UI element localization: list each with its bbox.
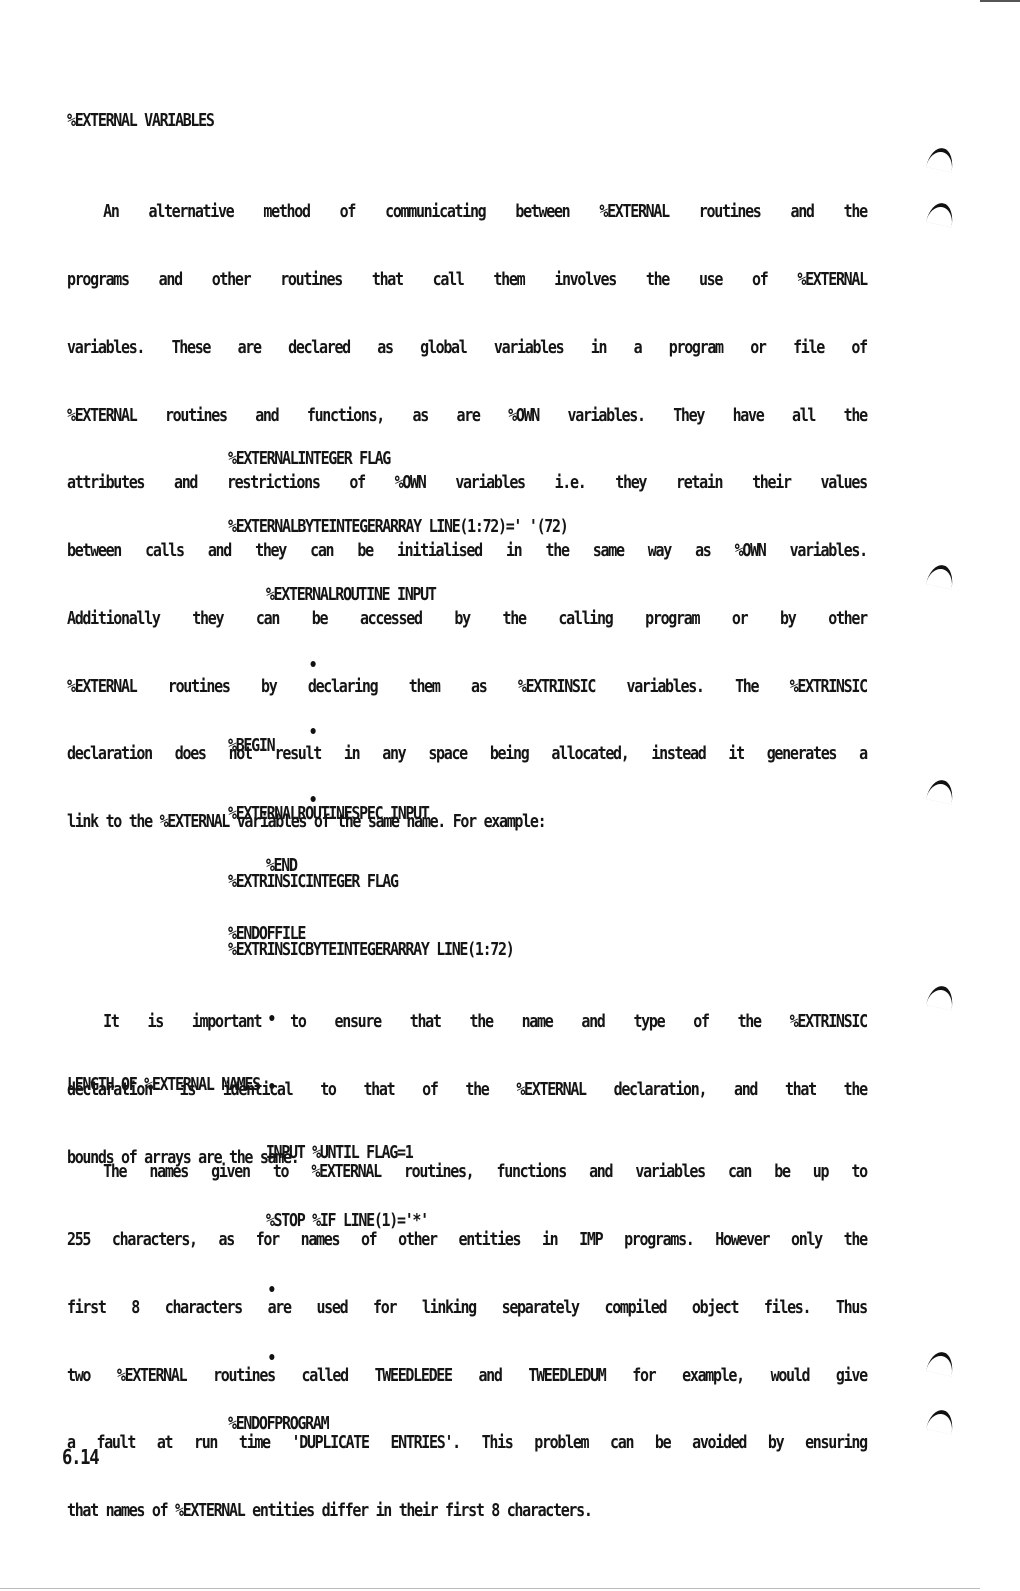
section-heading-external-variables: %EXTERNAL VARIABLES [67,110,214,133]
code-line: %EXTERNALINTEGER FLAG [228,448,567,471]
page-number: 6.14 [62,1446,98,1469]
document-page: %EXTERNAL VARIABLES An alternative metho… [0,0,1020,1591]
text-line: An alternative method of communicating b… [67,201,867,224]
ellipsis-dot [228,652,567,675]
section-heading-length-of-external-names: LENGTH OF %EXTERNAL NAMES [67,1074,260,1097]
binder-hole-mark-icon [926,201,956,228]
page-edge-mark [980,0,1020,2]
text-line: two %EXTERNAL routines called TWEEDLEDEE… [67,1365,867,1388]
code-line: %EXTRINSICBYTEINTEGERARRAY LINE(1:72) [228,939,513,962]
code-line: %EXTERNALROUTINE INPUT [228,584,567,607]
text-line: that names of %EXTERNAL entities differ … [67,1500,867,1523]
text-line: 255 characters, as for names of other en… [67,1229,867,1252]
text-line: a fault at run time 'DUPLICATE ENTRIES'.… [67,1432,867,1455]
code-line: %BEGIN [228,735,513,758]
text-line: programs and other routines that call th… [67,269,867,292]
text-line: variables. These are declared as global … [67,337,867,360]
text-line: The names given to %EXTERNAL routines, f… [67,1161,867,1184]
binder-hole-mark-icon [926,146,956,173]
binder-hole-mark-icon [926,984,956,1011]
code-line: %EXTERNALBYTEINTEGERARRAY LINE(1:72)=' '… [228,516,567,539]
binder-hole-mark-icon [926,778,956,805]
code-line: %EXTRINSICINTEGER FLAG [228,871,513,894]
text-line: It is important to ensure that the name … [67,1011,867,1034]
page-bottom-edge [0,1588,980,1589]
binder-hole-mark-icon [926,1350,956,1377]
text-line: first 8 characters are used for linking … [67,1297,867,1320]
paragraph-external-names-length: The names given to %EXTERNAL routines, f… [67,1116,867,1568]
binder-hole-mark-icon [926,1408,956,1435]
code-line: %EXTERNALROUTINESPEC INPUT [228,803,513,826]
binder-hole-mark-icon [926,563,956,590]
